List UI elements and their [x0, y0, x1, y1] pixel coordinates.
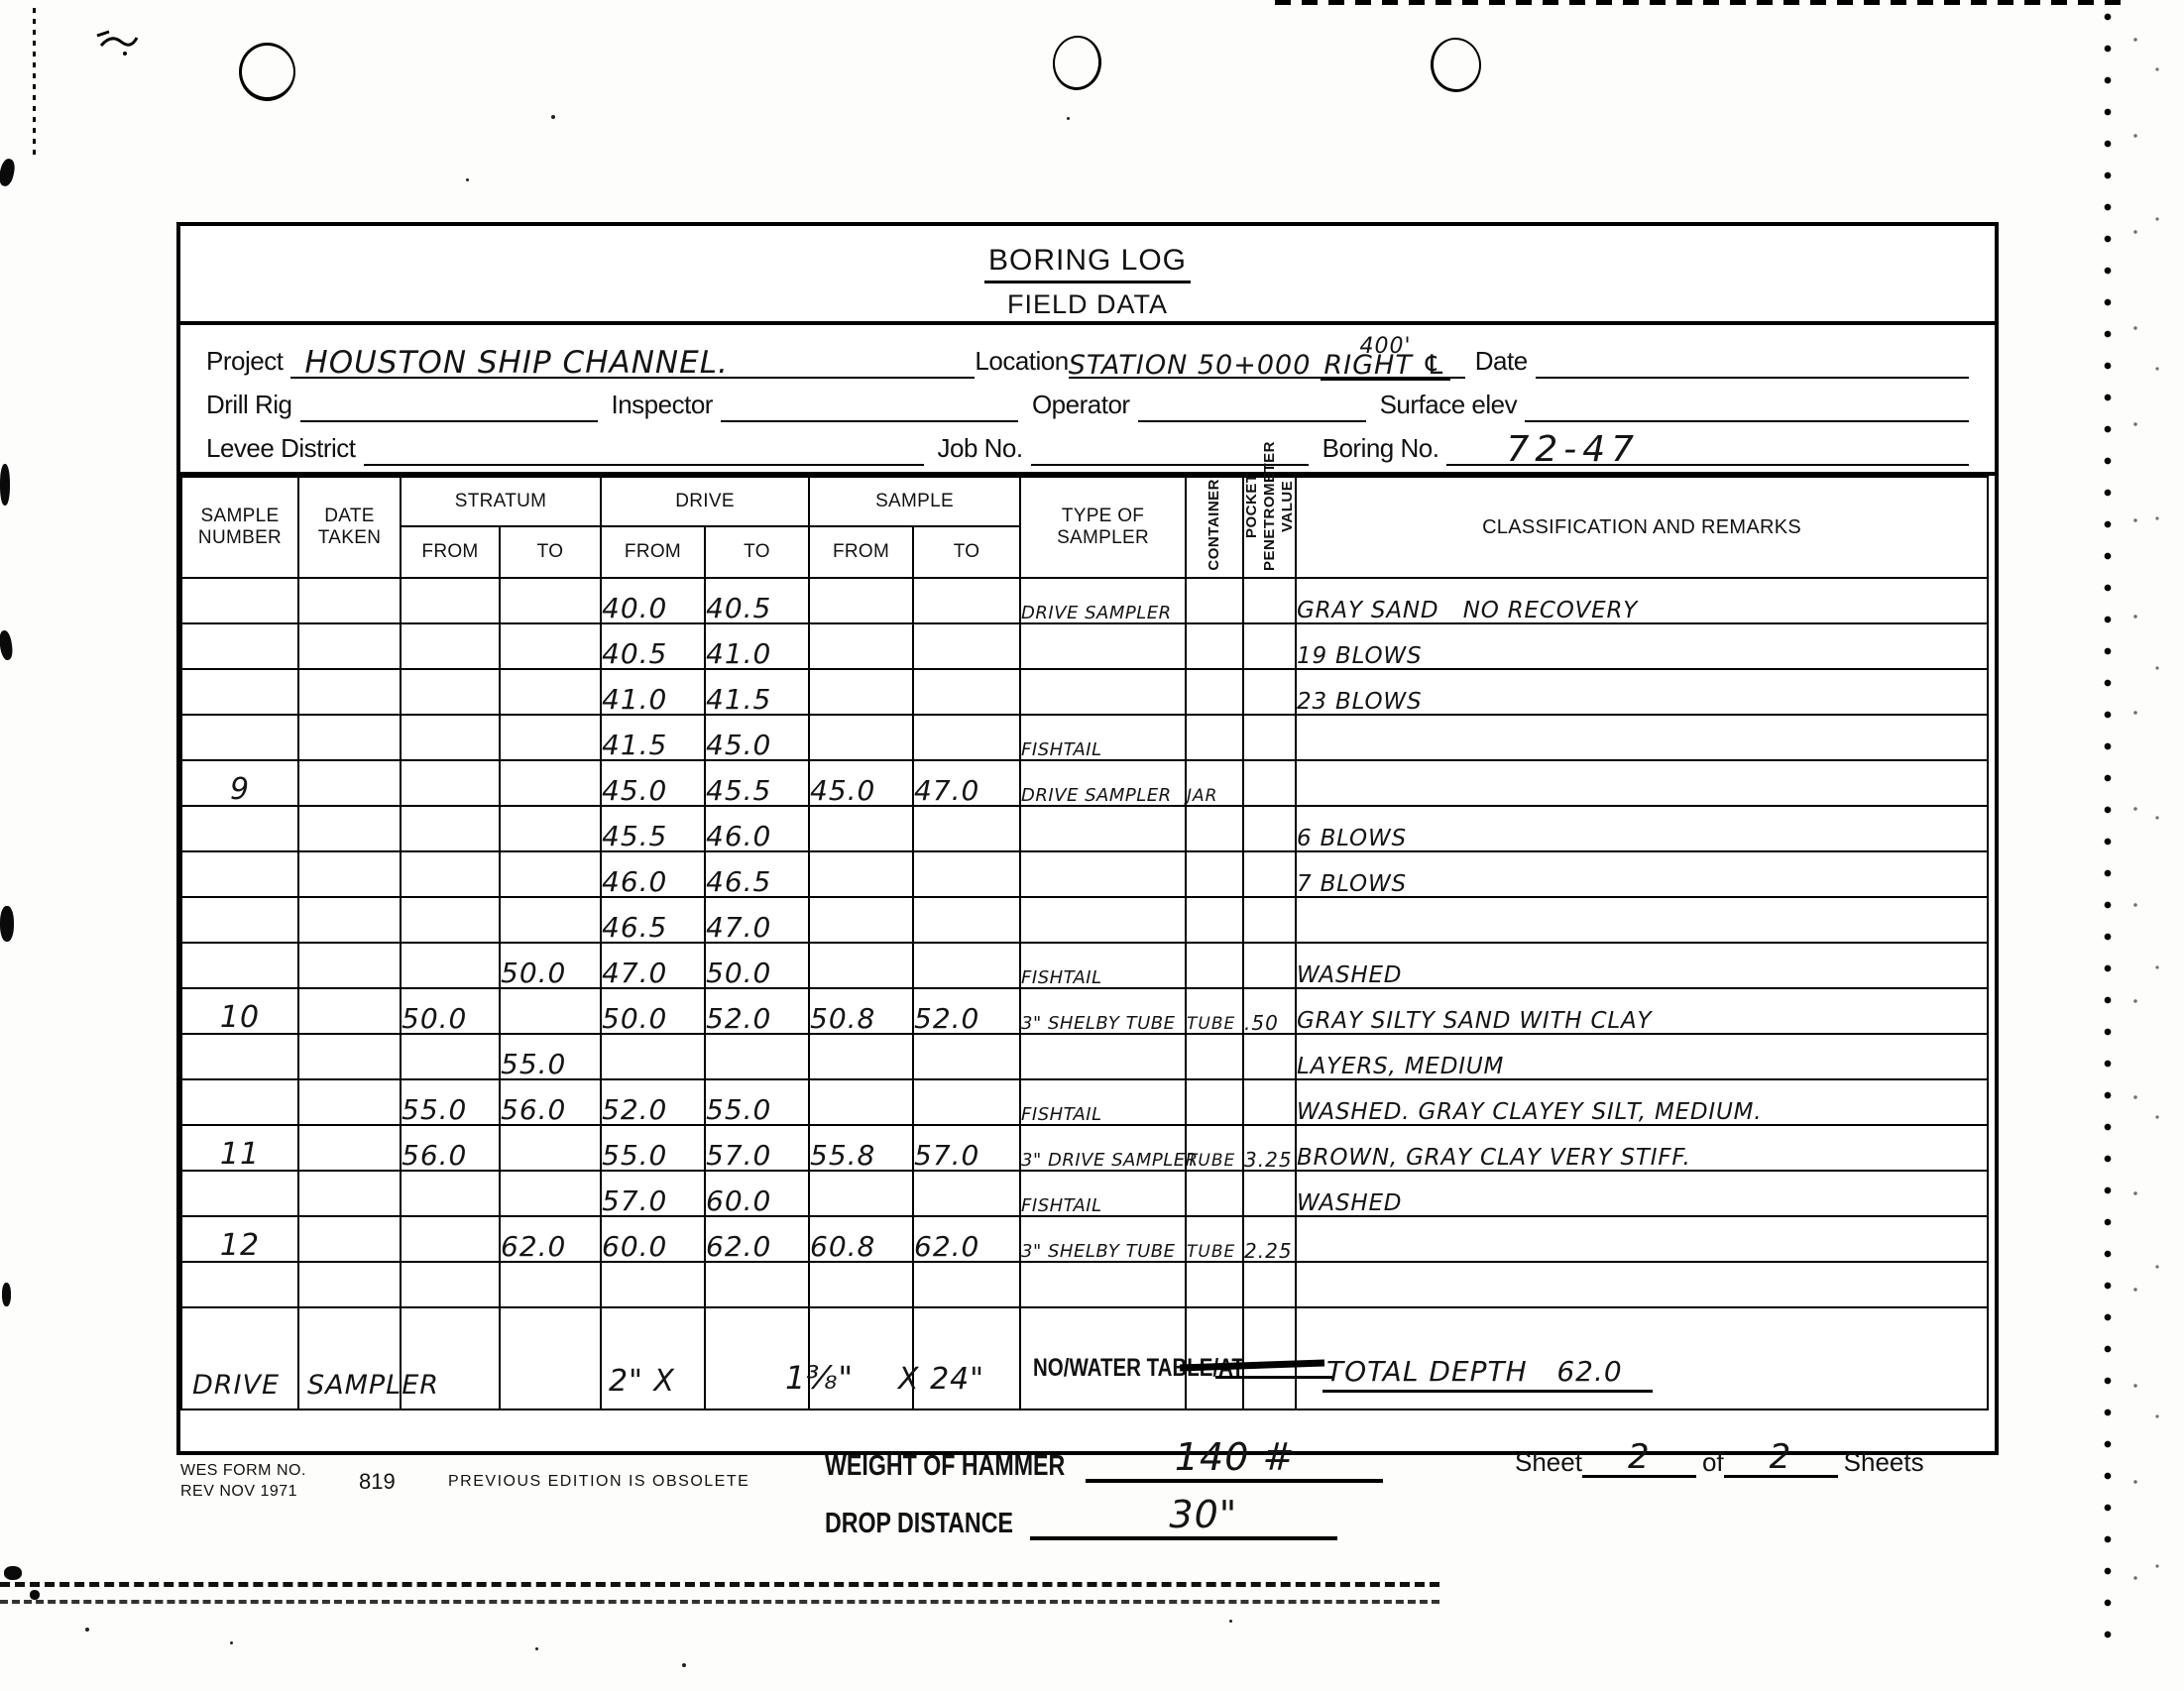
table-row: 40.040.5DRIVE SAMPLERGRAY SAND NO RECOVE…: [181, 578, 1988, 623]
table-row: 1262.060.062.060.862.03" SHELBY TUBETUBE…: [181, 1216, 1988, 1262]
cell-r7-c5: 47.0: [705, 897, 809, 943]
cell-r9-c7: 52.0: [913, 988, 1020, 1034]
cell-r4-c5: 45.5: [705, 760, 809, 806]
cell-r5-c4: 45.5: [601, 806, 705, 851]
drop-distance-label: DROP DISTANCE: [825, 1508, 1013, 1540]
cell-r15-c0: [181, 1262, 298, 1307]
cell-r7-c9: [1186, 897, 1243, 943]
cell-r11-c7: [913, 1079, 1020, 1125]
cell-r8-c4: 47.0: [601, 943, 705, 988]
cell-r13-c6: [809, 1171, 913, 1216]
table-row: 1050.050.052.050.852.03" SHELBY TUBETUBE…: [181, 988, 1988, 1034]
cell-r3-c2: [401, 715, 500, 760]
cell-r9-c2: 50.0: [401, 988, 500, 1034]
cell-r14-c7: 62.0: [913, 1216, 1020, 1262]
cell-r10-c2: [401, 1034, 500, 1079]
cell-r7-c7: [913, 897, 1020, 943]
cell-r1-c0: [181, 623, 298, 669]
obsolete-note: PREVIOUS EDITION IS OBSOLETE: [448, 1473, 749, 1491]
inspector-field: [721, 381, 1018, 422]
header-stratum: STRATUM: [401, 477, 601, 526]
cell-r2-c4: 41.0: [601, 669, 705, 715]
cell-r3-c6: [809, 715, 913, 760]
cell-r14-c2: [401, 1216, 500, 1262]
scan-speck: [551, 115, 555, 119]
header-drive-from: FROM: [601, 526, 705, 578]
cell-r2-c5: 41.5: [705, 669, 809, 715]
cell-r11-c6: [809, 1079, 913, 1125]
cell-r7-c3: [500, 897, 601, 943]
cell-r4-c7: 47.0: [913, 760, 1020, 806]
cell-r8-c1: [298, 943, 401, 988]
sheet-label: Sheet: [1515, 1447, 1582, 1478]
punch-hole: [239, 43, 295, 101]
table-row: 41.545.0FISHTAIL: [181, 715, 1988, 760]
cell-r14-c10: 2.25: [1243, 1216, 1296, 1262]
cell-r5-c1: [298, 806, 401, 851]
sheet-line: Sheet 2 of 2 Sheets: [1515, 1445, 1924, 1478]
table-row: 57.060.0FISHTAILWASHED: [181, 1171, 1988, 1216]
scan-edge-line: [1275, 0, 2124, 5]
cell-r2-c9: [1186, 669, 1243, 715]
scan-speck: [535, 1647, 538, 1650]
scan-speck: [682, 1663, 686, 1667]
scan-blob: [0, 158, 17, 187]
of-label: of: [1702, 1447, 1724, 1478]
table-row: 945.045.545.047.0DRIVE SAMPLERJAR: [181, 760, 1988, 806]
cell-r1-c10: [1243, 623, 1296, 669]
cell-r12-c4: 55.0: [601, 1125, 705, 1171]
cell-r15-c11: [1296, 1262, 1988, 1307]
cell-r12-c8: 3" DRIVE SAMPLER: [1020, 1125, 1186, 1171]
cell-r5-c9: [1186, 806, 1243, 851]
form-number-block: WES FORM NO. REV NOV 1971: [180, 1461, 306, 1503]
cell-r8-c8: FISHTAIL: [1020, 943, 1186, 988]
cell-r5-c3: [500, 806, 601, 851]
cell-r14-c6: 60.8: [809, 1216, 913, 1262]
cell-r15-c3: [500, 1262, 601, 1307]
cell-r9-c0: 10: [181, 988, 298, 1034]
header-drive-to: TO: [705, 526, 809, 578]
table-row: 1156.055.057.055.857.03" DRIVE SAMPLERTU…: [181, 1125, 1988, 1171]
project-label: Project: [206, 346, 290, 379]
cell-r7-c1: [298, 897, 401, 943]
cell-r4-c0: 9: [181, 760, 298, 806]
cell-r5-c0: [181, 806, 298, 851]
cell-r3-c11: [1296, 715, 1988, 760]
cell-r0-c4: 40.0: [601, 578, 705, 623]
cell-r6-c6: [809, 851, 913, 897]
header-type-of-sampler: TYPE OF SAMPLER: [1020, 477, 1186, 578]
cell-r4-c2: [401, 760, 500, 806]
cell-r3-c0: [181, 715, 298, 760]
cell-r5-c10: [1243, 806, 1296, 851]
cell-r0-c7: [913, 578, 1020, 623]
cell-r15-c2: [401, 1262, 500, 1307]
cell-r12-c10: 3.25: [1243, 1125, 1296, 1171]
cell-r1-c7: [913, 623, 1020, 669]
levee-district-field: [364, 424, 924, 466]
cell-r14-c4: 60.0: [601, 1216, 705, 1262]
sheets-total-value: 2: [1770, 1437, 1792, 1477]
project-value: HOUSTON SHIP CHANNEL.: [304, 345, 728, 381]
cell-r0-c3: [500, 578, 601, 623]
cell-r11-c1: [298, 1079, 401, 1125]
cell-r13-c11: WASHED: [1296, 1171, 1988, 1216]
table-row: 50.047.050.0FISHTAILWASHED: [181, 943, 1988, 988]
cell-r7-c11: [1296, 897, 1988, 943]
scan-blob: [0, 464, 10, 506]
cell-r1-c1: [298, 623, 401, 669]
pen-scribble: [95, 24, 174, 59]
cell-r2-c1: [298, 669, 401, 715]
water-table-underline: [1215, 1376, 1332, 1379]
cell-r3-c9: [1186, 715, 1243, 760]
scan-mark: [33, 8, 36, 157]
cell-r4-c10: [1243, 760, 1296, 806]
scan-speck: [1229, 1620, 1232, 1623]
cell-r6-c5: 46.5: [705, 851, 809, 897]
scan-speck: [230, 1641, 233, 1644]
cell-r7-c0: [181, 897, 298, 943]
cell-r1-c6: [809, 623, 913, 669]
weight-of-hammer-value: 140 #: [1175, 1435, 1295, 1479]
info-line-3: Levee District Job No. Boring No. 72-47: [206, 422, 1969, 466]
location-offset: 400' RIGHT ℄: [1321, 338, 1449, 381]
cell-r15-c9: [1186, 1262, 1243, 1307]
cell-r12-c0: 11: [181, 1125, 298, 1171]
cell-r11-c8: FISHTAIL: [1020, 1079, 1186, 1125]
cell-r8-c3: 50.0: [500, 943, 601, 988]
levee-district-label: Levee District: [206, 433, 364, 466]
cell-r9-c4: 50.0: [601, 988, 705, 1034]
cell-r6-c1: [298, 851, 401, 897]
cell-r13-c8: FISHTAIL: [1020, 1171, 1186, 1216]
cell-r15-c8: [1020, 1262, 1186, 1307]
cell-r2-c2: [401, 669, 500, 715]
job-no-label: Job No.: [924, 433, 1031, 466]
cell-r13-c3: [500, 1171, 601, 1216]
pocket-penetrometer-vertical-label: POCKET PENETROMETER VALUE: [1243, 441, 1297, 571]
cell-r7-c8: [1020, 897, 1186, 943]
cell-r6-c0: [181, 851, 298, 897]
cell-r1-c11: 19 BLOWS: [1296, 623, 1988, 669]
cell-r13-c1: [298, 1171, 401, 1216]
cell-r4-c9: JAR: [1186, 760, 1243, 806]
cell-r0-c1: [298, 578, 401, 623]
cell-r5-c5: 46.0: [705, 806, 809, 851]
header-sample-number: SAMPLE NUMBER: [181, 477, 298, 578]
cell-r4-c1: [298, 760, 401, 806]
info-line-2: Drill Rig Inspector Operator Surface ele…: [206, 379, 1969, 422]
location-station: STATION 50+000: [1069, 350, 1312, 381]
cell-r15-c5: [705, 1262, 809, 1307]
cell-r8-c2: [401, 943, 500, 988]
info-line-1: Project HOUSTON SHIP CHANNEL. Location S…: [206, 335, 1969, 379]
cell-r11-c2: 55.0: [401, 1079, 500, 1125]
cell-r11-c5: 55.0: [705, 1079, 809, 1125]
table-row: 46.547.0: [181, 897, 1988, 943]
cell-r14-c1: [298, 1216, 401, 1262]
drive-sampler-word-2: SAMPLER: [307, 1370, 439, 1401]
cell-r4-c11: [1296, 760, 1988, 806]
cell-r9-c8: 3" SHELBY TUBE: [1020, 988, 1186, 1034]
boring-log-table: SAMPLE NUMBER DATE TAKEN STRATUM DRIVE S…: [180, 476, 1989, 1410]
cell-r14-c11: [1296, 1216, 1988, 1262]
cell-r0-c10: [1243, 578, 1296, 623]
cell-r11-c9: [1186, 1079, 1243, 1125]
cell-r12-c2: 56.0: [401, 1125, 500, 1171]
cell-r6-c4: 46.0: [601, 851, 705, 897]
sheets-label: Sheets: [1844, 1447, 1924, 1478]
punch-hole: [1050, 34, 1103, 93]
cell-r9-c10: .50: [1243, 988, 1296, 1034]
cell-r4-c4: 45.0: [601, 760, 705, 806]
scan-blob: [4, 1566, 22, 1580]
cell-r6-c3: [500, 851, 601, 897]
scan-blob: [0, 629, 14, 660]
cell-r1-c5: 41.0: [705, 623, 809, 669]
cell-r0-c2: [401, 578, 500, 623]
sheets-total-field: 2: [1724, 1445, 1838, 1478]
drop-distance-field: 30": [1030, 1503, 1337, 1540]
cell-r6-c11: 7 BLOWS: [1296, 851, 1988, 897]
cell-r9-c1: [298, 988, 401, 1034]
cell-r6-c2: [401, 851, 500, 897]
cell-r11-c0: [181, 1079, 298, 1125]
cell-r15-c6: [809, 1262, 913, 1307]
cell-r7-c6: [809, 897, 913, 943]
cell-r5-c8: [1020, 806, 1186, 851]
cell-r5-c2: [401, 806, 500, 851]
cell-r6-c7: [913, 851, 1020, 897]
drop-distance-value: 30": [1169, 1493, 1237, 1536]
cell-r14-c3: 62.0: [500, 1216, 601, 1262]
cell-r9-c9: TUBE: [1186, 988, 1243, 1034]
cell-r15-c7: [913, 1262, 1020, 1307]
cell-r11-c10: [1243, 1079, 1296, 1125]
header-stratum-from: FROM: [401, 526, 500, 578]
cell-r10-c0: [181, 1034, 298, 1079]
project-field: HOUSTON SHIP CHANNEL.: [290, 337, 975, 379]
cell-r10-c11: LAYERS, MEDIUM: [1296, 1034, 1988, 1079]
header-container: CONTAINER: [1186, 477, 1243, 578]
cell-r6-c8: [1020, 851, 1186, 897]
header-sample-to: TO: [913, 526, 1020, 578]
cell-r13-c4: 57.0: [601, 1171, 705, 1216]
cell-r6-c9: [1186, 851, 1243, 897]
cell-r15-c1: [298, 1262, 401, 1307]
cell-r0-c5: 40.5: [705, 578, 809, 623]
cell-r9-c5: 52.0: [705, 988, 809, 1034]
cell-r6-c10: [1243, 851, 1296, 897]
cell-r10-c7: [913, 1034, 1020, 1079]
cell-r10-c5: [705, 1034, 809, 1079]
cell-r13-c7: [913, 1171, 1020, 1216]
container-vertical-label: CONTAINER: [1206, 479, 1223, 571]
cell-r5-c6: [809, 806, 913, 851]
drive-sampler-word-1: DRIVE: [192, 1370, 280, 1401]
weight-of-hammer-field: 140 #: [1086, 1445, 1383, 1483]
surface-elev-field: [1525, 381, 1969, 422]
scan-speck: [1067, 117, 1070, 120]
cell-r2-c3: [500, 669, 601, 715]
scan-speck: [85, 1628, 89, 1632]
form-number: 819: [359, 1469, 396, 1495]
cell-r2-c7: [913, 669, 1020, 715]
header-date-taken: DATE TAKEN: [298, 477, 401, 578]
cell-r8-c10: [1243, 943, 1296, 988]
scanned-boring-log-page: BORING LOG FIELD DATA Project HOUSTON SH…: [0, 0, 2184, 1691]
boring-log-form: BORING LOG FIELD DATA Project HOUSTON SH…: [176, 222, 1999, 1455]
bottom-summary-cell: DRIVE SAMPLER 2" X 1⅜" X 24" NO/WATER TA…: [181, 1307, 1988, 1409]
cell-r3-c3: [500, 715, 601, 760]
cell-r10-c4: [601, 1034, 705, 1079]
drill-rig-label: Drill Rig: [206, 390, 300, 422]
sampler-dim-3: X 24": [898, 1362, 984, 1397]
cell-r0-c9: [1186, 578, 1243, 623]
cell-r5-c7: [913, 806, 1020, 851]
header-sample: SAMPLE: [809, 477, 1020, 526]
cell-r8-c5: 50.0: [705, 943, 809, 988]
cell-r13-c9: [1186, 1171, 1243, 1216]
sheet-number-field: 2: [1582, 1445, 1696, 1478]
cell-r7-c2: [401, 897, 500, 943]
cell-r9-c3: [500, 988, 601, 1034]
cell-r7-c10: [1243, 897, 1296, 943]
surface-elev-label: Surface elev: [1366, 390, 1526, 422]
cell-r1-c4: 40.5: [601, 623, 705, 669]
location-label: Location: [975, 346, 1068, 379]
weight-of-hammer-label: WEIGHT OF HAMMER: [825, 1450, 1065, 1483]
punch-hole: [1429, 36, 1483, 93]
cell-r0-c6: [809, 578, 913, 623]
drill-rig-field: [300, 381, 598, 422]
cell-r1-c2: [401, 623, 500, 669]
form-title-block: BORING LOG FIELD DATA: [180, 226, 1995, 325]
cell-r0-c11: GRAY SAND NO RECOVERY: [1296, 578, 1988, 623]
cell-r12-c7: 57.0: [913, 1125, 1020, 1171]
form-info-block: Project HOUSTON SHIP CHANNEL. Location S…: [180, 325, 1995, 476]
cell-r11-c4: 52.0: [601, 1079, 705, 1125]
location-right-cl: RIGHT ℄: [1321, 355, 1449, 381]
cell-r12-c3: [500, 1125, 601, 1171]
cell-r13-c2: [401, 1171, 500, 1216]
cell-r8-c6: [809, 943, 913, 988]
cell-r0-c8: DRIVE SAMPLER: [1020, 578, 1186, 623]
cell-r3-c4: 41.5: [601, 715, 705, 760]
cell-r2-c0: [181, 669, 298, 715]
table-row: 55.056.052.055.0FISHTAILWASHED. GRAY CLA…: [181, 1079, 1988, 1125]
scan-noise: [2127, 30, 2171, 1635]
perforation-dots: [2102, 10, 2114, 1645]
cell-r13-c0: [181, 1171, 298, 1216]
form-subtitle: FIELD DATA: [180, 289, 1995, 320]
cell-r11-c3: 56.0: [500, 1079, 601, 1125]
cell-r12-c5: 57.0: [705, 1125, 809, 1171]
scan-speck: [466, 178, 469, 181]
cell-r1-c3: [500, 623, 601, 669]
cell-r2-c10: [1243, 669, 1296, 715]
form-title: BORING LOG: [984, 244, 1191, 283]
total-depth-value: TOTAL DEPTH 62.0: [1322, 1355, 1653, 1393]
cell-r9-c11: GRAY SILTY SAND WITH CLAY: [1296, 988, 1988, 1034]
table-row: [181, 1262, 1988, 1307]
drop-distance-line: DROP DISTANCE 30": [825, 1503, 1337, 1540]
header-pocket-penetrometer: POCKET PENETROMETER VALUE: [1243, 477, 1296, 578]
cell-r12-c9: TUBE: [1186, 1125, 1243, 1171]
boring-no-field: 72-47: [1446, 424, 1969, 466]
cell-r1-c8: [1020, 623, 1186, 669]
location-value: STATION 50+000 400' RIGHT ℄: [1069, 338, 1450, 381]
cell-r8-c0: [181, 943, 298, 988]
location-field: STATION 50+000 400' RIGHT ℄: [1069, 337, 1465, 379]
weight-of-hammer-line: WEIGHT OF HAMMER 140 #: [825, 1445, 1383, 1483]
header-stratum-to: TO: [500, 526, 601, 578]
cell-r4-c6: 45.0: [809, 760, 913, 806]
sheet-number-value: 2: [1628, 1437, 1651, 1477]
cell-r4-c3: [500, 760, 601, 806]
cell-r3-c5: 45.0: [705, 715, 809, 760]
cell-r11-c11: WASHED. GRAY CLAYEY SILT, MEDIUM.: [1296, 1079, 1988, 1125]
cell-r14-c8: 3" SHELBY TUBE: [1020, 1216, 1186, 1262]
date-label: Date: [1465, 346, 1536, 379]
cell-r15-c10: [1243, 1262, 1296, 1307]
table-row: 41.041.523 BLOWS: [181, 669, 1988, 715]
cell-r10-c8: [1020, 1034, 1186, 1079]
table-row: 55.0LAYERS, MEDIUM: [181, 1034, 1988, 1079]
header-classification: CLASSIFICATION AND REMARKS: [1296, 477, 1988, 578]
cell-r4-c8: DRIVE SAMPLER: [1020, 760, 1186, 806]
cell-r0-c0: [181, 578, 298, 623]
cell-r12-c11: BROWN, GRAY CLAY VERY STIFF.: [1296, 1125, 1988, 1171]
cell-r2-c11: 23 BLOWS: [1296, 669, 1988, 715]
inspector-label: Inspector: [598, 390, 721, 422]
date-field: [1536, 337, 1969, 379]
table-row: 45.546.06 BLOWS: [181, 806, 1988, 851]
scan-blob: [0, 906, 14, 942]
cell-r2-c6: [809, 669, 913, 715]
cell-r10-c3: 55.0: [500, 1034, 601, 1079]
cell-r7-c4: 46.5: [601, 897, 705, 943]
table-row: 40.541.019 BLOWS: [181, 623, 1988, 669]
cell-r10-c1: [298, 1034, 401, 1079]
cell-r3-c8: FISHTAIL: [1020, 715, 1186, 760]
cell-r8-c9: [1186, 943, 1243, 988]
cell-r12-c1: [298, 1125, 401, 1171]
operator-label: Operator: [1018, 390, 1138, 422]
cell-r9-c6: 50.8: [809, 988, 913, 1034]
sampler-dim-1: 2" X: [609, 1364, 675, 1399]
header-drive: DRIVE: [601, 477, 809, 526]
cell-r5-c11: 6 BLOWS: [1296, 806, 1988, 851]
cell-r12-c6: 55.8: [809, 1125, 913, 1171]
cell-r10-c10: [1243, 1034, 1296, 1079]
header-sample-from: FROM: [809, 526, 913, 578]
cell-r14-c9: TUBE: [1186, 1216, 1243, 1262]
cell-r2-c8: [1020, 669, 1186, 715]
cell-r8-c7: [913, 943, 1020, 988]
cell-r15-c4: [601, 1262, 705, 1307]
cell-r14-c5: 62.0: [705, 1216, 809, 1262]
cell-r3-c1: [298, 715, 401, 760]
bottom-summary-row: DRIVE SAMPLER 2" X 1⅜" X 24" NO/WATER TA…: [181, 1307, 1988, 1409]
boring-no-value: 72-47: [1506, 429, 1640, 470]
operator-field: [1138, 381, 1366, 422]
cell-r8-c11: WASHED: [1296, 943, 1988, 988]
boring-no-label: Boring No.: [1309, 433, 1447, 466]
cell-r14-c0: 12: [181, 1216, 298, 1262]
